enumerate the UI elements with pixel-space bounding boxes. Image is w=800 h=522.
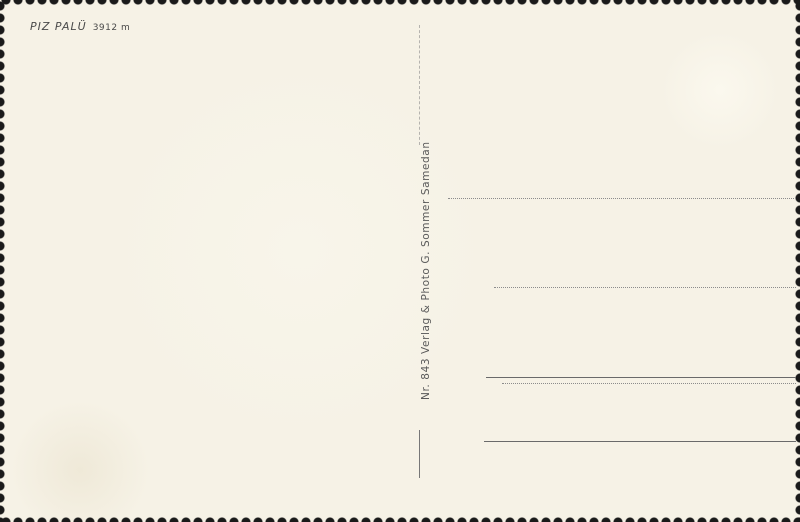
center-divider-bottom bbox=[419, 430, 420, 478]
deckled-edge-left bbox=[0, 0, 6, 522]
address-line-3 bbox=[486, 377, 796, 378]
deckled-edge-right bbox=[794, 0, 800, 522]
deckled-edge-top bbox=[0, 0, 800, 6]
address-line-4 bbox=[484, 441, 796, 442]
center-divider-top bbox=[419, 25, 420, 145]
address-line-2 bbox=[494, 287, 796, 288]
postcard-back: PIZ PALÜ3912 m Nr. 843 Verlag & Photo G.… bbox=[0, 0, 800, 522]
location-name: PIZ PALÜ bbox=[30, 20, 87, 33]
postcard-title: PIZ PALÜ3912 m bbox=[30, 20, 130, 33]
address-line-1 bbox=[448, 198, 796, 199]
altitude: 3912 m bbox=[93, 23, 131, 33]
address-line-3-dotted bbox=[502, 383, 796, 384]
deckled-edge-bottom bbox=[0, 516, 800, 522]
publisher-imprint: Nr. 843 Verlag & Photo G. Sommer Samedan bbox=[420, 141, 432, 400]
